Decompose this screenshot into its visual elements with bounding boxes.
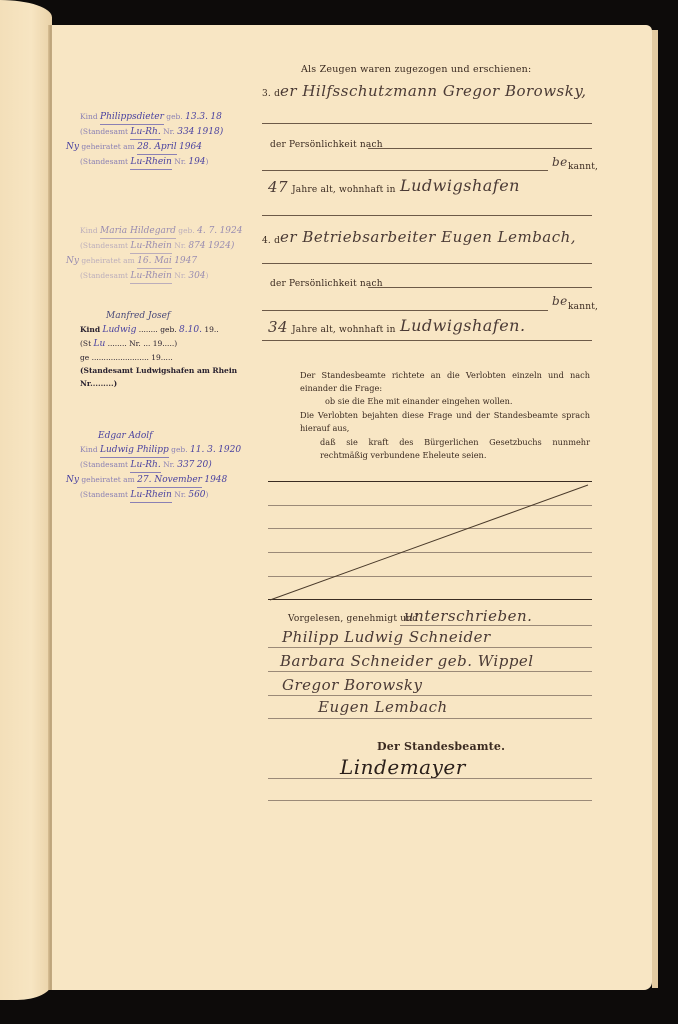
margin-note-1: Kind Philippsdieter geb. 13.3. 18 (Stand… <box>80 110 260 170</box>
witness-4-known-hand: be <box>552 294 568 308</box>
rule <box>268 695 592 696</box>
witness-4-age-label: Jahre alt, wohnhaft in <box>292 325 396 335</box>
page-edge <box>652 30 658 988</box>
rule <box>262 123 592 124</box>
witness-3-known-hand: be <box>552 155 568 169</box>
signature-1: Philipp Ludwig Schneider <box>282 628 491 646</box>
margin-note-3: Manfred Josef Kind Ludwig ........ geb. … <box>80 310 270 390</box>
witness-4-name: er Betriebsarbeiter Eugen Lembach, <box>280 228 576 246</box>
cancellation-diagonal-line <box>268 480 594 602</box>
official-signature: Lindemayer <box>340 755 466 779</box>
witnesses-heading: Als Zeugen waren zugezogen und erschiene… <box>301 64 531 75</box>
official-label: Der Standesbeamte. <box>377 740 505 753</box>
margin-note-2: Kind Maria Hildegard geb. 4. 7. 1924 (St… <box>80 224 260 284</box>
left-facing-page <box>0 0 52 1000</box>
witness-3-residence: Ludwigshafen <box>400 176 520 195</box>
witness-4-known-print: kannt, <box>568 302 598 312</box>
declaration-line-2: ob sie die Ehe mit einander eingehen wol… <box>325 395 585 408</box>
rule <box>262 170 548 171</box>
witness-4-residence: Ludwigshafen. <box>400 316 526 335</box>
declaration-line-4: daß sie kraft des Bürgerlichen Gesetzbuc… <box>320 436 590 462</box>
rule <box>262 215 592 216</box>
rule <box>262 263 592 264</box>
signature-4: Eugen Lembach <box>318 698 448 716</box>
read-approved-handwritten: unterschrieben. <box>404 607 532 625</box>
witness-3-name: er Hilfsschutzmann Gregor Borowsky, <box>280 82 587 100</box>
declaration-line-1: Der Standesbeamte richtete an die Verlob… <box>300 369 590 395</box>
read-approved-label: Vorgelesen, genehmigt und <box>288 614 418 624</box>
witness-4-identity-label: der Persönlichkeit nach <box>270 279 383 289</box>
signature-2: Barbara Schneider geb. Wippel <box>280 652 534 670</box>
rule <box>268 671 592 672</box>
witness-3-identity-label: der Persönlichkeit nach <box>270 140 383 150</box>
rule <box>368 287 592 288</box>
witness-3-number: 3. d <box>262 89 280 99</box>
rule <box>262 340 592 341</box>
rule <box>368 148 592 149</box>
witness-3-known-print: kannt, <box>568 162 598 172</box>
witness-4-age: 34 <box>268 318 288 336</box>
witness-4-number: 4. d <box>262 236 280 246</box>
margin-note-4: Edgar Adolf Kind Ludwig Philipp geb. 11.… <box>80 430 260 503</box>
rule <box>400 625 592 626</box>
declaration-line-3: Die Verlobten bejahten diese Frage und d… <box>300 409 590 435</box>
rule <box>262 310 548 311</box>
rule <box>268 718 592 719</box>
signature-3: Gregor Borowsky <box>282 676 422 694</box>
rule <box>268 800 592 801</box>
rule <box>268 778 592 779</box>
witness-3-age: 47 <box>268 178 288 196</box>
witness-3-age-label: Jahre alt, wohnhaft in <box>292 185 396 195</box>
rule <box>268 647 592 648</box>
